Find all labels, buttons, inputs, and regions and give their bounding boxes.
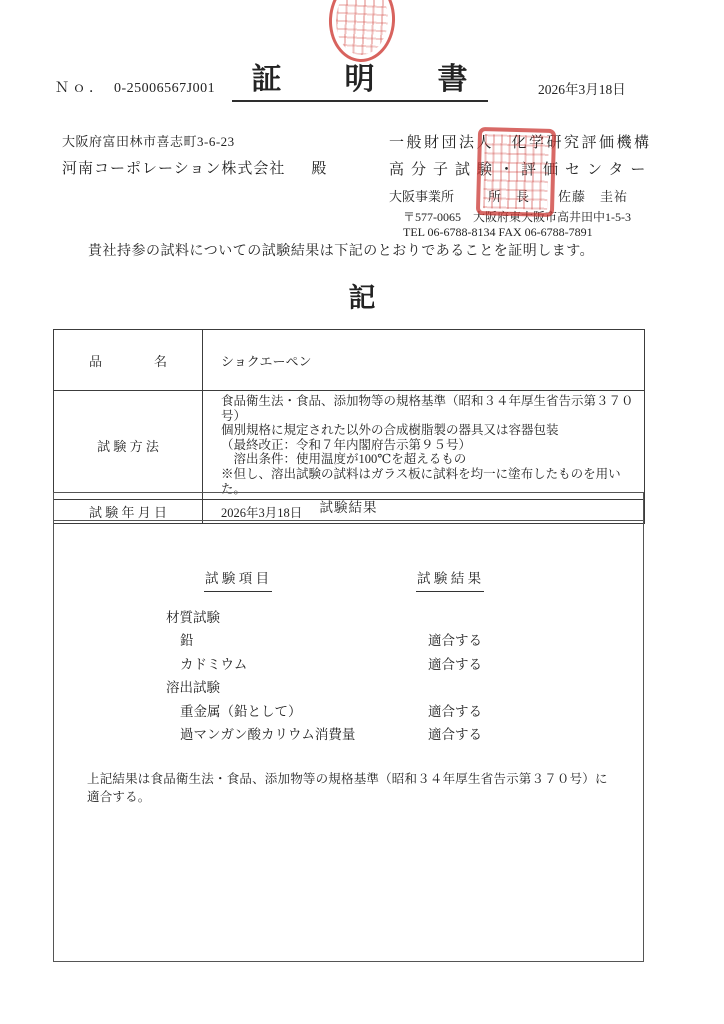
result-group-label: 材質試験 — [166, 610, 220, 625]
result-row-group: 材質試験 — [54, 606, 643, 630]
results-conclusion: 上記結果は食品衛生法・食品、添加物等の規格基準（昭和３４年厚生省告示第３７０号）… — [87, 769, 613, 805]
results-column-headers: 試 験 項 目 試 験 結 果 — [54, 567, 643, 592]
column-header-result: 試 験 結 果 — [416, 567, 484, 592]
recipient-company: 河南コーポレーション株式会社殿 — [62, 157, 327, 178]
result-value — [412, 676, 643, 700]
result-value — [412, 606, 643, 630]
results-box-title: 試験結果 — [54, 493, 643, 521]
result-item-label: 鉛 — [180, 633, 194, 648]
recipient-honorific: 殿 — [311, 161, 327, 177]
section-heading-ki: 記 — [0, 276, 724, 315]
table-row-product: 品 名 ショクエーペン — [54, 330, 645, 391]
issuer-postal-address: 〒577-0065 大阪府東大阪市高井田中1-5-3 — [403, 208, 709, 225]
result-row: 鉛 適合する — [54, 629, 643, 653]
product-value: ショクエーペン — [203, 330, 645, 391]
method-value: 食品衛生法・食品、添加物等の規格基準（昭和３４年厚生省告示第３７０号） 個別規格… — [203, 391, 645, 500]
result-row: 過マンガン酸カリウム消費量 適合する — [54, 723, 643, 747]
result-group-label: 溶出試験 — [166, 680, 220, 695]
method-line: 溶出条件：使用温度が100℃を超えるもの — [221, 452, 636, 467]
result-value: 適合する — [428, 704, 482, 719]
document-number: Ｎｏ．0-25006567J001 — [55, 77, 215, 97]
result-value: 適合する — [428, 633, 482, 648]
method-line: 個別規格に規定された以外の合成樹脂製の器具又は容器包装 — [221, 423, 636, 438]
method-line: 食品衛生法・食品、添加物等の規格基準（昭和３４年厚生省告示第３７０号） — [221, 394, 636, 423]
page-title: 証 明 書 — [232, 54, 488, 102]
result-row-group: 溶出試験 — [54, 676, 643, 700]
issuer-tel-fax: TEL 06-6788-8134 FAX 06-6788-7891 — [403, 225, 709, 240]
recipient-block: 大阪府富田林市喜志町3-6-23 河南コーポレーション株式会社殿 — [62, 131, 327, 178]
column-header-item: 試 験 項 目 — [204, 567, 272, 592]
certification-statement: 貴社持参の試料についての試験結果は下記のとおりであることを証明します。 — [88, 240, 594, 260]
issue-date: 2026年3月18日 — [538, 78, 626, 98]
red-square-seal-pattern — [483, 134, 549, 210]
method-label: 試 験 方 法 — [54, 391, 203, 500]
certificate-page: Ｎｏ．0-25006567J001 証 明 書 2026年3月18日 大阪府富田… — [0, 0, 724, 1024]
document-number-label: Ｎｏ． — [55, 81, 106, 96]
result-item-label: 重金属（鉛として） — [180, 704, 302, 719]
method-line: （最終改正：令和７年内閣府告示第９５号） — [221, 438, 636, 453]
result-value: 適合する — [428, 727, 482, 742]
test-results-box: 試験結果 試 験 項 目 試 験 結 果 材質試験 鉛 適合する カドミウム 適… — [53, 492, 644, 962]
product-label: 品 名 — [54, 330, 203, 391]
results-box-body: 試 験 項 目 試 験 結 果 材質試験 鉛 適合する カドミウム 適合する 溶… — [54, 521, 643, 805]
recipient-address: 大阪府富田林市喜志町3-6-23 — [62, 131, 327, 150]
result-item-label: カドミウム — [180, 657, 247, 672]
result-value: 適合する — [428, 657, 482, 672]
result-row: カドミウム 適合する — [54, 653, 643, 677]
recipient-company-name: 河南コーポレーション株式会社 — [62, 161, 285, 177]
red-square-seal-icon — [476, 127, 556, 217]
document-number-value: 0-25006567J001 — [114, 81, 215, 96]
issuer-office: 大阪事業所 — [389, 189, 454, 204]
red-oval-seal-pattern — [334, 0, 390, 56]
result-item-label: 過マンガン酸カリウム消費量 — [180, 727, 355, 742]
result-row: 重金属（鉛として） 適合する — [54, 700, 643, 724]
table-row-method: 試 験 方 法 食品衛生法・食品、添加物等の規格基準（昭和３４年厚生省告示第３７… — [54, 391, 645, 500]
